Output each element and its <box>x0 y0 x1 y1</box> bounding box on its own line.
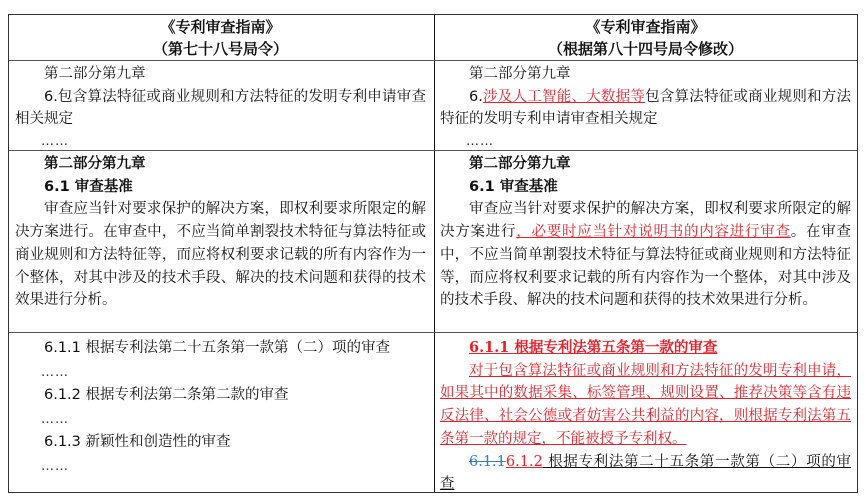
inserted-text: ，必要时应当针对说明书的内容进行审查 <box>516 224 791 240</box>
inserted-section-body: 对于包含算法特征或商业规则和方法特征的发明专利申请，如果其中的数据采集、标签管理… <box>440 360 851 451</box>
inserted-text: 涉及人工智能、大数据等 <box>483 89 645 105</box>
left-header-subtitle: （第七十八号局令） <box>15 38 426 60</box>
renumbered-section-title: 6.1.16.1.2 根据专利法第二十五条第一款第（二）项的审查 <box>440 451 851 496</box>
right-row1-cell: 第二部分第九章 6.涉及人工智能、大数据等包含算法特征或商业规则和方法特征的发明… <box>436 63 857 154</box>
left-row3-ellipsis: …… <box>15 361 426 385</box>
right-row1-chapter: 第二部分第九章 <box>440 63 851 86</box>
left-row3-ellipsis: …… <box>15 455 426 479</box>
row-divider <box>9 332 857 333</box>
left-row1-heading: 6.包含算法特征或商业规则和方法特征的发明专利申请审查相关规定 <box>15 86 426 131</box>
left-header-title: 《专利审查指南》 <box>15 16 426 38</box>
right-header-subtitle: （根据第八十四号局令修改） <box>440 38 851 60</box>
inserted-section-title: 6.1.1 根据专利法第五条第一款的审查 <box>440 337 851 360</box>
left-row3-cell: 6.1.1 根据专利法第二十五条第一款第（二）项的审查 …… 6.1.2 根据专… <box>9 337 434 478</box>
right-row1-heading: 6.涉及人工智能、大数据等包含算法特征或商业规则和方法特征的发明专利申请审查相关… <box>440 86 851 131</box>
right-row1-ellipsis: …… <box>440 131 851 154</box>
column-divider <box>434 15 435 492</box>
left-row2-cell: 第二部分第九章 6.1 审查基准 审查应当针对要求保护的解决方案，即权利要求所限… <box>9 153 434 312</box>
left-row3-item-title: 6.1.3 新颖性和创造性的审查 <box>15 431 426 455</box>
left-column-header: 《专利审查指南》 （第七十八号局令） <box>9 16 434 60</box>
left-row3-item-title: 6.1.1 根据专利法第二十五条第一款第（二）项的审查 <box>15 337 426 361</box>
left-row3-item-title: 6.1.2 根据专利法第二条第二款的审查 <box>15 384 426 408</box>
heading-prefix: 6. <box>469 89 483 105</box>
right-row3-cell: 6.1.1 根据专利法第五条第一款的审查 对于包含算法特征或商业规则和方法特征的… <box>436 337 857 496</box>
right-row2-chapter: 第二部分第九章 <box>440 153 851 176</box>
deleted-number: 6.1.1 <box>469 454 506 470</box>
left-row2-section: 6.1 审查基准 <box>15 176 426 199</box>
right-row2-section: 6.1 审查基准 <box>440 176 851 199</box>
left-row2-chapter: 第二部分第九章 <box>15 153 426 176</box>
inserted-number: 6.1.2 <box>506 454 543 470</box>
left-row3-ellipsis: …… <box>15 408 426 432</box>
right-row2-cell: 第二部分第九章 6.1 审查基准 审查应当针对要求保护的解决方案，即权利要求所限… <box>436 153 857 312</box>
comparison-table: 《专利审查指南》 （第七十八号局令） 《专利审查指南》 （根据第八十四号局令修改… <box>8 14 858 493</box>
left-row1-ellipsis: …… <box>15 131 426 154</box>
right-row2-body: 审查应当针对要求保护的解决方案，即权利要求所限定的解决方案进行，必要时应当针对说… <box>440 198 851 312</box>
row-divider <box>9 60 857 61</box>
left-row2-body: 审查应当针对要求保护的解决方案，即权利要求所限定的解决方案进行。在审查中，不应当… <box>15 198 426 312</box>
left-row1-cell: 第二部分第九章 6.包含算法特征或商业规则和方法特征的发明专利申请审查相关规定 … <box>9 63 434 154</box>
right-column-header: 《专利审查指南》 （根据第八十四号局令修改） <box>436 16 857 60</box>
right-header-title: 《专利审查指南》 <box>440 16 851 38</box>
left-row1-chapter: 第二部分第九章 <box>15 63 426 86</box>
